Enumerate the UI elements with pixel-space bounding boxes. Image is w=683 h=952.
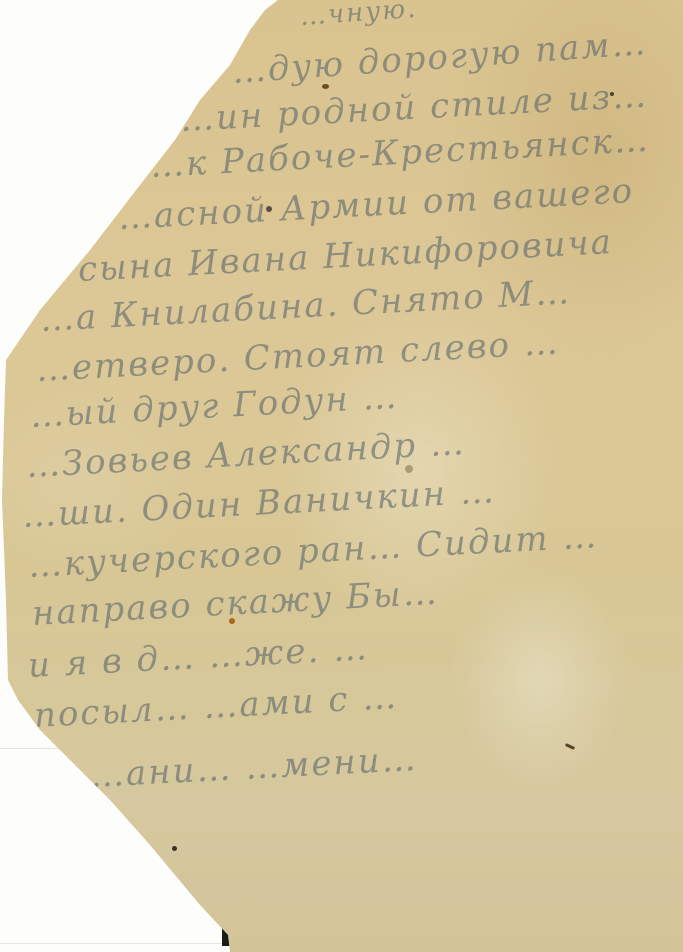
ink-speck	[405, 465, 413, 473]
fiber-speck	[565, 743, 575, 750]
letter-line-15: посыл… …ами с …	[33, 677, 399, 736]
ink-speck	[172, 846, 177, 851]
letter-line-16: …ани… …мени…	[89, 739, 419, 796]
letter-line-1: …чную.	[299, 0, 418, 32]
letter-line-14: и я в д… …же. …	[27, 628, 370, 686]
